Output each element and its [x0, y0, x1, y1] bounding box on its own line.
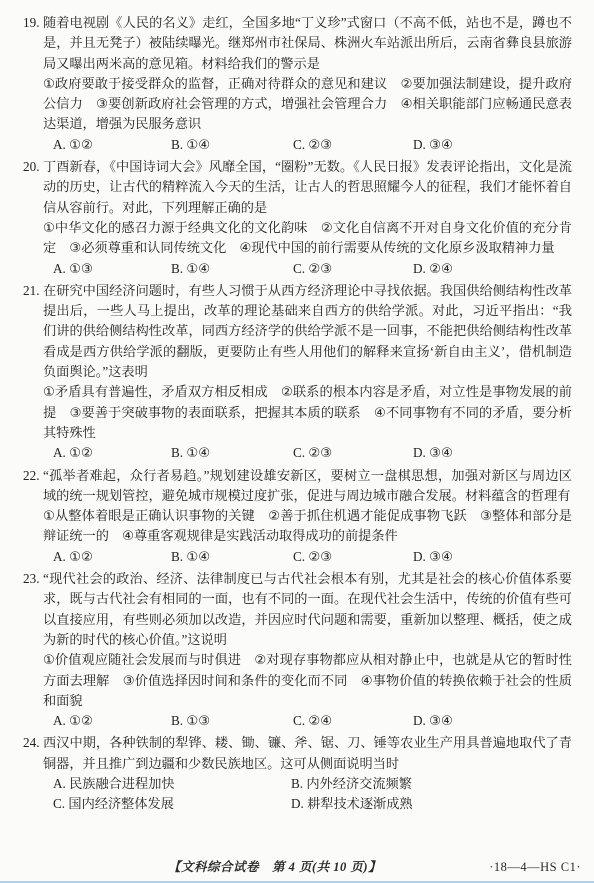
footer-paper-code: ·18—4—HS C1· — [489, 858, 581, 877]
question-24: 24. 西汉中期，各种铁制的犁铧、耧、锄、镰、斧、锯、刀、锤等农业生产用具普遍地… — [23, 733, 572, 814]
page-footer: 【文科综合试卷 第 4 页(共 10 页)】 ·18—4—HS C1· — [0, 858, 594, 877]
question-body: 在研究中国经济问题时，有些人习惯于从西方经济理论中寻找依据。我国供给侧结构性改革… — [43, 281, 572, 464]
question-body: 丁酉新春，《中国诗词大会》风靡全国，“圈粉”无数。《人民日报》发表评论指出，文化… — [43, 157, 572, 279]
option-d: D. ③④ — [413, 135, 572, 155]
question-stem: “现代社会的政治、经济、法律制度已与古代社会根本有别，尤其是社会的核心价值体系要… — [43, 569, 572, 650]
option-b: B. ①④ — [171, 547, 293, 567]
option-d: D. ③④ — [413, 443, 572, 463]
question-stem: 随着电视剧《人民的名义》走红，全国多地“丁义珍”式窗口（不高不低，站也不是，蹲也… — [43, 13, 572, 74]
option-b: B. ①③ — [171, 711, 293, 731]
question-19: 19. 随着电视剧《人民的名义》走红，全国多地“丁义珍”式窗口（不高不低，站也不… — [23, 13, 572, 155]
option-b: B. 内外经济交流频繁 — [291, 774, 572, 794]
question-number: 21. — [23, 281, 43, 464]
option-a: A. 民族融合进程加快 — [53, 774, 291, 794]
exam-paper-page: 19. 随着电视剧《人民的名义》走红，全国多地“丁义珍”式窗口（不高不低，站也不… — [0, 0, 594, 883]
option-d: D. ③④ — [413, 711, 572, 731]
option-a: A. ①② — [53, 443, 171, 463]
option-b: B. ①④ — [171, 443, 293, 463]
options-row: A. ①③ B. ①④ C. ②③ D. ②④ — [43, 259, 572, 279]
option-c: C. ②③ — [293, 259, 413, 279]
option-c: C. ②③ — [293, 443, 413, 463]
question-21: 21. 在研究中国经济问题时，有些人习惯于从西方经济理论中寻找依据。我国供给侧结… — [23, 281, 572, 464]
question-body: “现代社会的政治、经济、法律制度已与古代社会根本有别，尤其是社会的核心价值体系要… — [43, 569, 572, 731]
option-a: A. ①③ — [53, 259, 171, 279]
question-22: 22. “孤举者难起，众行者易趋。”规划建设雄安新区，要树立一盘棋思想，加强对新… — [23, 466, 572, 567]
options-row: A. ①② B. ①④ C. ②③ D. ③④ — [43, 547, 572, 567]
option-c: C. ②③ — [293, 547, 413, 567]
question-number: 24. — [23, 733, 43, 814]
question-numbered-statements: ①政府要敢于接受群众的监督，正确对待群众的意见和建议 ②要加强法制建设，提升政府… — [43, 74, 572, 135]
option-b: B. ①④ — [171, 135, 293, 155]
option-d: D. ③④ — [413, 547, 572, 567]
options-row: A. ①② B. ①④ C. ②③ D. ③④ — [43, 443, 572, 463]
question-number: 23. — [23, 569, 43, 731]
question-23: 23. “现代社会的政治、经济、法律制度已与古代社会根本有别，尤其是社会的核心价… — [23, 569, 572, 731]
option-d: D. ②④ — [413, 259, 572, 279]
option-c: C. ②③ — [293, 135, 413, 155]
option-a: A. ①② — [53, 135, 171, 155]
question-body: “孤举者难起，众行者易趋。”规划建设雄安新区，要树立一盘棋思想，加强对新区与周边… — [43, 466, 572, 567]
question-numbered-statements: ①价值观应随社会发展而与时俱进 ②对现存事物都应从相对静止中，也就是从它的暂时性… — [43, 650, 572, 711]
question-body: 随着电视剧《人民的名义》走红，全国多地“丁义珍”式窗口（不高不低，站也不是，蹲也… — [43, 13, 572, 155]
question-numbered-statements: ①中华文化的感召力源于经典文化的文化韵味 ②文化自信离不开对自身文化价值的充分肯… — [43, 218, 572, 259]
question-stem: 西汉中期，各种铁制的犁铧、耧、锄、镰、斧、锯、刀、锤等农业生产用具普遍地取代了青… — [43, 733, 572, 774]
options-row: A. ①② B. ①③ C. ②④ D. ③④ — [43, 711, 572, 731]
question-body: 西汉中期，各种铁制的犁铧、耧、锄、镰、斧、锯、刀、锤等农业生产用具普遍地取代了青… — [43, 733, 572, 814]
footer-paper-title-page-number: 【文科综合试卷 第 4 页(共 10 页)】 — [168, 858, 381, 877]
option-d: D. 耕犁技术逐渐成熟 — [291, 794, 572, 814]
question-numbered-statements: ①矛盾具有普遍性，矛盾双方相反相成 ②联系的根本内容是矛盾，对立性是事物发展的前… — [43, 382, 572, 443]
option-a: A. ①② — [53, 547, 171, 567]
option-c: C. ②④ — [293, 711, 413, 731]
question-number: 19. — [23, 13, 43, 155]
question-numbered-statements: ①从整体着眼是正确认识事物的关键 ②善于抓住机遇才能促成事物飞跃 ③整体和部分是… — [43, 506, 572, 547]
question-stem: 丁酉新春，《中国诗词大会》风靡全国，“圈粉”无数。《人民日报》发表评论指出，文化… — [43, 157, 572, 218]
question-20: 20. 丁酉新春，《中国诗词大会》风靡全国，“圈粉”无数。《人民日报》发表评论指… — [23, 157, 572, 279]
question-stem: “孤举者难起，众行者易趋。”规划建设雄安新区，要树立一盘棋思想，加强对新区与周边… — [43, 466, 572, 507]
question-stem: 在研究中国经济问题时，有些人习惯于从西方经济理论中寻找依据。我国供给侧结构性改革… — [43, 281, 572, 382]
options-grid: A. 民族融合进程加快 B. 内外经济交流频繁 C. 国内经济整体发展 D. 耕… — [43, 774, 572, 815]
option-b: B. ①④ — [171, 259, 293, 279]
question-number: 22. — [23, 466, 43, 567]
question-number: 20. — [23, 157, 43, 279]
option-a: A. ①② — [53, 711, 171, 731]
options-row: A. ①② B. ①④ C. ②③ D. ③④ — [43, 135, 572, 155]
option-c: C. 国内经济整体发展 — [53, 794, 291, 814]
